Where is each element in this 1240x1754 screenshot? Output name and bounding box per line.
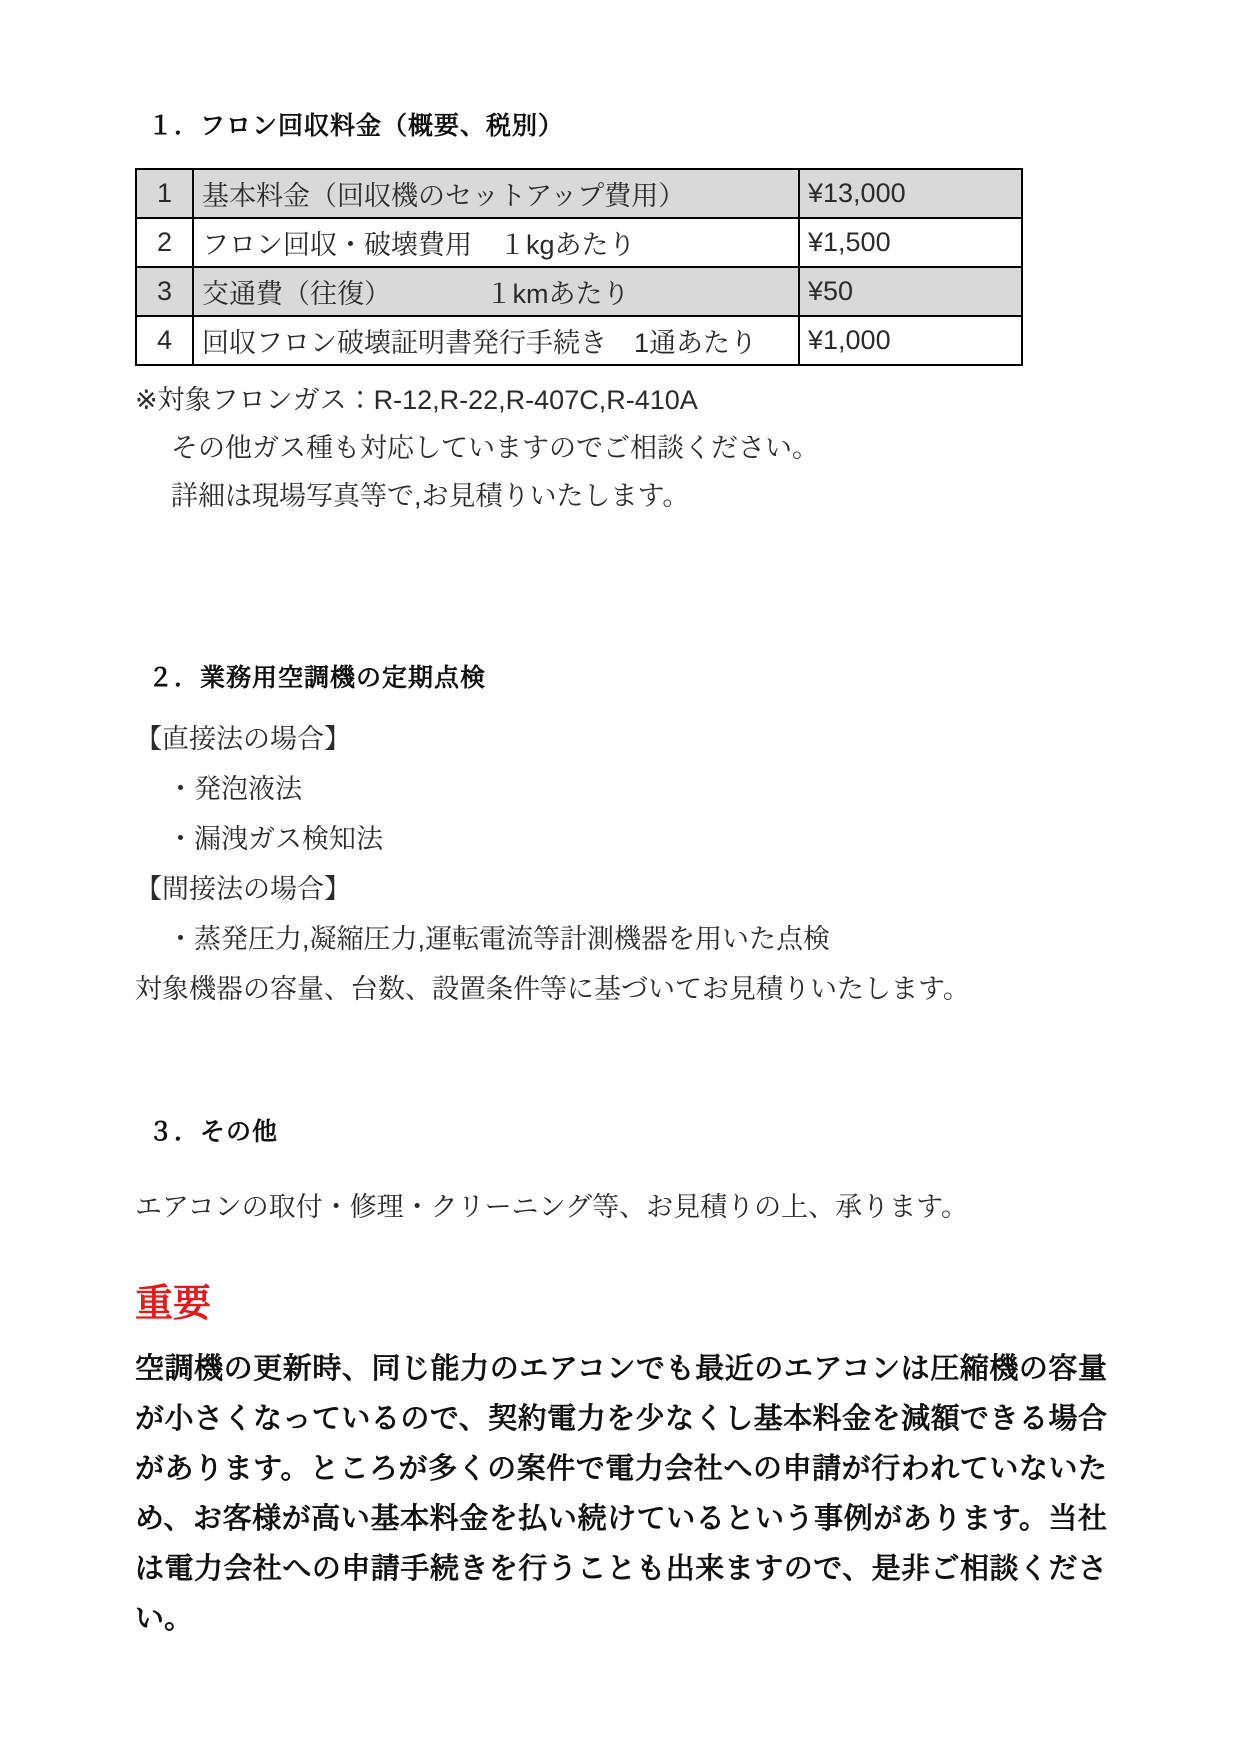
row-description: 回収フロン破壊証明書発行手続き 1通あたり [193, 316, 799, 365]
row-price: ¥1,000 [799, 316, 1022, 365]
row-number: 4 [136, 316, 193, 365]
row-description: 基本料金（回収機のセットアップ費用） [193, 169, 799, 218]
row-description: 交通費（往復） １kmあたり [193, 267, 799, 316]
table-notes: ※対象フロンガス：R-12,R-22,R-407C,R-410A その他ガス種も… [135, 376, 1125, 520]
table-row: 3 交通費（往復） １kmあたり ¥50 [136, 267, 1022, 316]
section1-heading: １．フロン回収料金（概要、税別） [148, 0, 1125, 144]
method-estimate-note: 対象機器の容量、台数、設置条件等に基づいてお見積りいたします。 [135, 964, 1125, 1014]
row-number: 1 [136, 169, 193, 218]
method-direct-label: 【直接法の場合】 [135, 714, 1125, 764]
row-price: ¥1,500 [799, 218, 1022, 267]
row-number: 3 [136, 267, 193, 316]
table-row: 1 基本料金（回収機のセットアップ費用） ¥13,000 [136, 169, 1022, 218]
important-paragraph: 空調機の更新時、同じ能力のエアコンでも最近のエアコンは圧縮機の容量が小さくなって… [135, 1344, 1107, 1644]
row-price: ¥13,000 [799, 169, 1022, 218]
row-number: 2 [136, 218, 193, 267]
section3-heading: ３．その他 [148, 1114, 1125, 1150]
method-indirect-label: 【間接法の場合】 [135, 864, 1125, 914]
method-gas-leak-detect: ・漏洩ガス検知法 [135, 814, 1125, 864]
note-other-gases: その他ガス種も対応していますのでご相談ください。 [135, 424, 1125, 472]
section2-heading: ２．業務用空調機の定期点検 [148, 660, 1125, 696]
note-target-gases: ※対象フロンガス：R-12,R-22,R-407C,R-410A [135, 376, 1125, 424]
document-page: １．フロン回収料金（概要、税別） 1 基本料金（回収機のセットアップ費用） ¥1… [0, 0, 1240, 1754]
inspection-method-list: 【直接法の場合】 ・発泡液法 ・漏洩ガス検知法 【間接法の場合】 ・蒸発圧力,凝… [135, 714, 1125, 1014]
table-row: 4 回収フロン破壊証明書発行手続き 1通あたり ¥1,000 [136, 316, 1022, 365]
method-foam-liquid: ・発泡液法 [135, 764, 1125, 814]
table-row: 2 フロン回収・破壊費用 １kgあたり ¥1,500 [136, 218, 1022, 267]
section3-body: エアコンの取付・修理・クリーニング等、お見積りの上、承ります。 [135, 1184, 1125, 1230]
row-price: ¥50 [799, 267, 1022, 316]
note-estimate: 詳細は現場写真等で,お見積りいたします。 [135, 472, 1125, 520]
method-measurement: ・蒸発圧力,凝縮圧力,運転電流等計測機器を用いた点検 [135, 914, 1125, 964]
row-description: フロン回収・破壊費用 １kgあたり [193, 218, 799, 267]
important-heading: 重要 [135, 1278, 1125, 1330]
pricing-table: 1 基本料金（回収機のセットアップ費用） ¥13,000 2 フロン回収・破壊費… [135, 168, 1023, 366]
